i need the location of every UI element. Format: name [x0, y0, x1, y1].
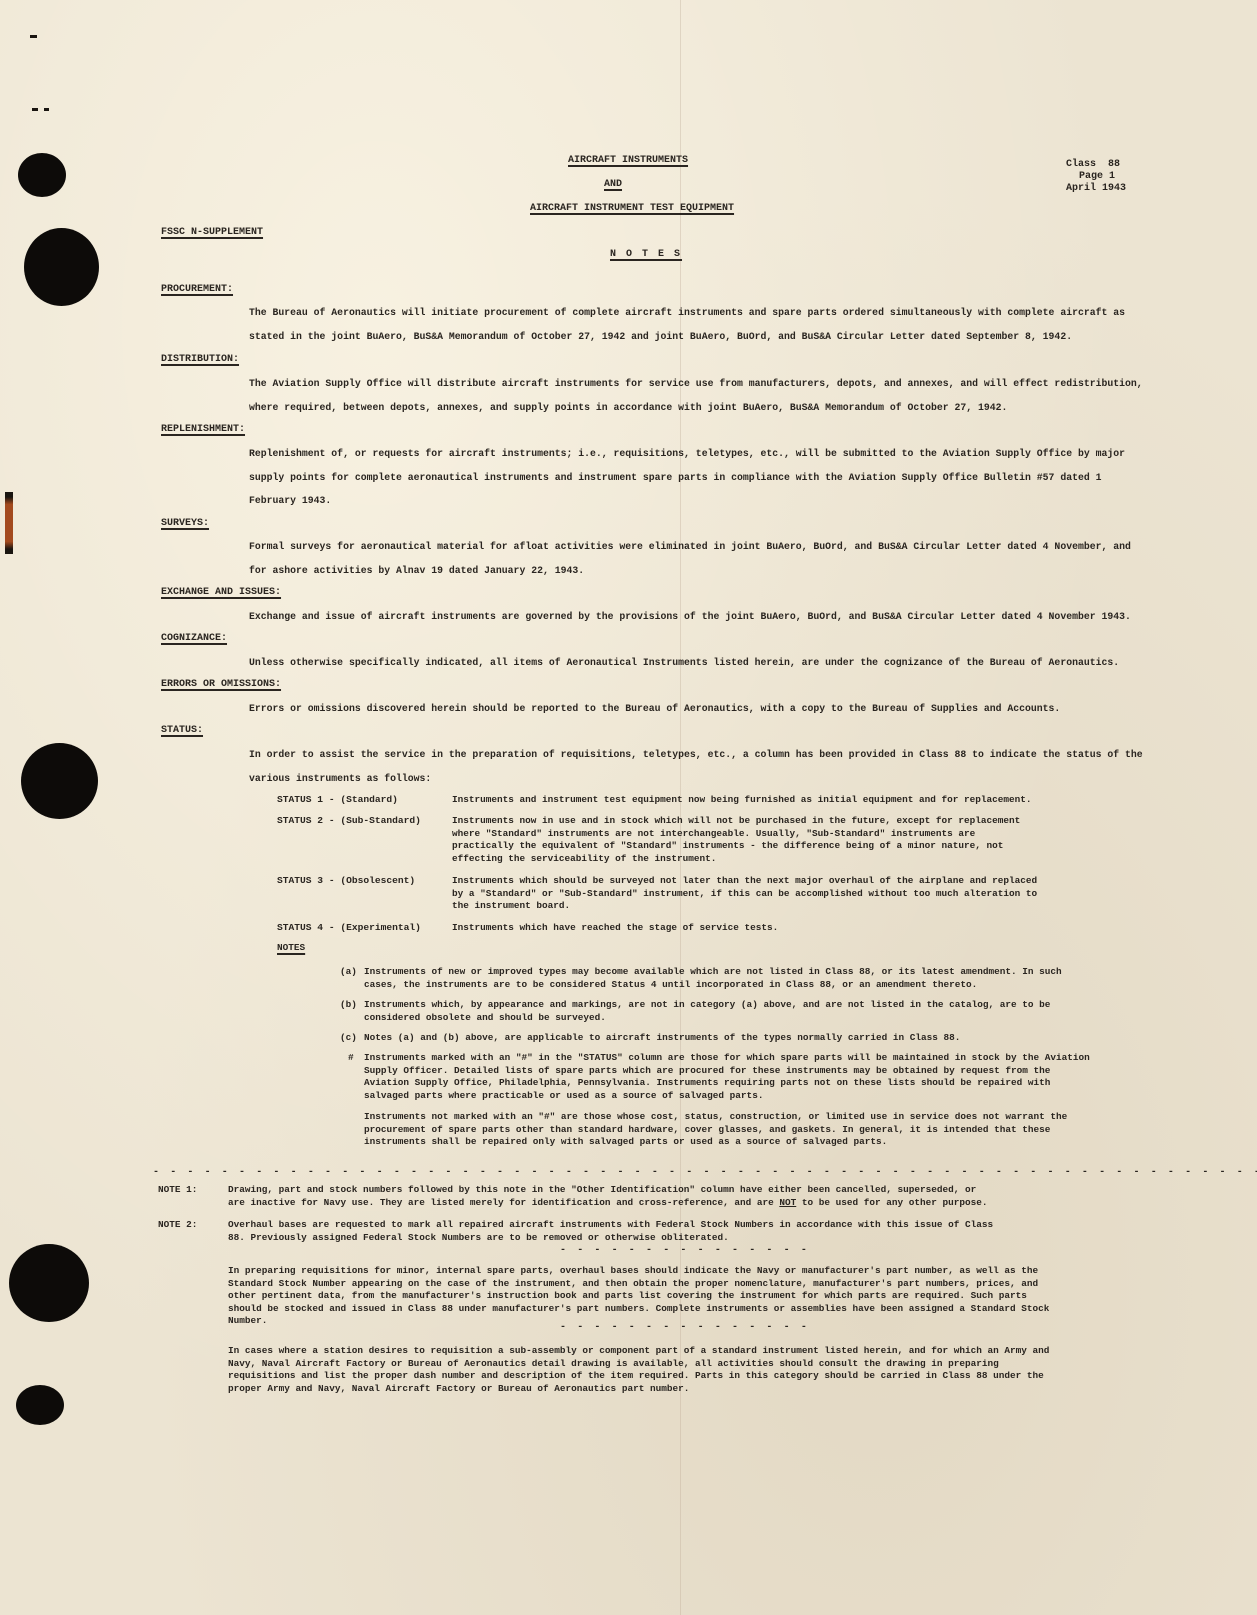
section-heading-errors: ERRORS OR OMISSIONS:	[161, 679, 281, 690]
staple-mark	[5, 492, 13, 554]
status-note-b: (b) Instruments which, by appearance and…	[340, 999, 1094, 1032]
footnote-1-key: NOTE 1:	[158, 1184, 228, 1209]
punch-hole-4	[9, 1244, 89, 1322]
note-key: (a)	[340, 966, 364, 999]
notes-heading: N O T E S	[610, 249, 682, 260]
note-key: (c)	[340, 1032, 364, 1052]
status-label: STATUS 4 - (Experimental)	[277, 922, 452, 942]
document-page: AIRCRAFT INSTRUMENTS AND AIRCRAFT INSTRU…	[0, 0, 1257, 1615]
footnote-1-text-after: to be used for any other purpose.	[796, 1197, 987, 1208]
footnote-2-key: NOTE 2:	[158, 1219, 228, 1244]
procurement-line-1: The Bureau of Aeronautics will initiate …	[249, 307, 1125, 318]
punch-hole-1	[18, 153, 66, 197]
distribution-line-1: The Aviation Supply Office will distribu…	[249, 378, 1143, 389]
status-notes-list: (a) Instruments of new or improved types…	[340, 966, 1094, 1149]
distribution-line-2: where required, between depots, annexes,…	[249, 402, 1007, 413]
footnote-2: NOTE 2: Overhaul bases are requested to …	[158, 1219, 998, 1244]
footnote-1-emphasis: NOT	[779, 1197, 796, 1208]
short-separator-2: - - - - - - - - - - - - - - -	[560, 1322, 809, 1333]
status-label: STATUS 3 - (Obsolescent)	[277, 875, 452, 922]
status-intro-line-1: In order to assist the service in the pr…	[249, 749, 1143, 760]
replenishment-line-2: supply points for complete aeronautical …	[249, 472, 1101, 483]
scan-speck	[32, 108, 38, 111]
status-note-unmarked: Instruments not marked with an "#" are t…	[340, 1111, 1094, 1149]
section-heading-status: STATUS:	[161, 725, 203, 736]
footnote-2-text: Overhaul bases are requested to mark all…	[228, 1219, 998, 1244]
requisitions-paragraph: In preparing requisitions for minor, int…	[228, 1265, 1058, 1328]
status-item-2: STATUS 2 - (Sub-Standard) Instruments no…	[277, 815, 1042, 875]
procurement-line-2: stated in the joint BuAero, BuS&A Memora…	[249, 331, 1072, 342]
punch-hole-3	[21, 743, 98, 819]
cognizance-line-1: Unless otherwise specifically indicated,…	[249, 657, 1119, 668]
status-note-c: (c) Notes (a) and (b) above, are applica…	[340, 1032, 1094, 1052]
status-desc: Instruments now in use and in stock whic…	[452, 815, 1042, 875]
punch-hole-5	[16, 1385, 64, 1425]
note-text: Instruments marked with an "#" in the "S…	[364, 1052, 1094, 1111]
section-heading-distribution: DISTRIBUTION:	[161, 354, 239, 365]
exchange-line-1: Exchange and issue of aircraft instrumen…	[249, 611, 1131, 622]
note-text: Instruments of new or improved types may…	[364, 966, 1094, 999]
status-item-1: STATUS 1 - (Standard) Instruments and in…	[277, 794, 1042, 815]
note-text: Notes (a) and (b) above, are applicable …	[364, 1032, 1094, 1052]
section-heading-cognizance: COGNIZANCE:	[161, 633, 227, 644]
subassembly-paragraph: In cases where a station desires to requ…	[228, 1345, 1058, 1395]
separator-dashes: - - - - - - - - - - - - - - - - - - - - …	[153, 1167, 1257, 1178]
supplement-label: FSSC N-SUPPLEMENT	[161, 227, 263, 238]
surveys-line-2: for ashore activities by Alnav 19 dated …	[249, 565, 584, 576]
status-desc: Instruments and instrument test equipmen…	[452, 794, 1042, 815]
scan-speck	[44, 108, 49, 111]
status-desc: Instruments which have reached the stage…	[452, 922, 1042, 942]
status-note-hash: # Instruments marked with an "#" in the …	[340, 1052, 1094, 1111]
hash-mark-icon: #	[340, 1052, 364, 1111]
status-desc: Instruments which should be surveyed not…	[452, 875, 1042, 922]
date-label: April 1943	[1066, 183, 1126, 194]
surveys-line-1: Formal surveys for aeronautical material…	[249, 541, 1131, 552]
scan-speck	[30, 35, 37, 38]
status-note-a: (a) Instruments of new or improved types…	[340, 966, 1094, 999]
footnote-1-text: Drawing, part and stock numbers followed…	[228, 1184, 998, 1209]
title-line-2: AND	[604, 179, 622, 190]
short-separator-1: - - - - - - - - - - - - - - -	[560, 1245, 809, 1256]
title-line-3: AIRCRAFT INSTRUMENT TEST EQUIPMENT	[530, 203, 734, 214]
status-label: STATUS 1 - (Standard)	[277, 794, 452, 815]
replenishment-line-1: Replenishment of, or requests for aircra…	[249, 448, 1125, 459]
replenishment-line-3: February 1943.	[249, 495, 331, 506]
status-item-4: STATUS 4 - (Experimental) Instruments wh…	[277, 922, 1042, 942]
status-notes-heading: NOTES	[277, 942, 305, 953]
note-text: Instruments which, by appearance and mar…	[364, 999, 1094, 1032]
section-heading-exchange: EXCHANGE AND ISSUES:	[161, 587, 281, 598]
section-heading-procurement: PROCUREMENT:	[161, 284, 233, 295]
section-heading-surveys: SURVEYS:	[161, 518, 209, 529]
note-key	[340, 1111, 364, 1149]
errors-line-1: Errors or omissions discovered herein sh…	[249, 703, 1060, 714]
page-label: Page 1	[1079, 171, 1115, 182]
note-text: Instruments not marked with an "#" are t…	[364, 1111, 1094, 1149]
note-key: (b)	[340, 999, 364, 1032]
status-item-3: STATUS 3 - (Obsolescent) Instruments whi…	[277, 875, 1042, 922]
status-label: STATUS 2 - (Sub-Standard)	[277, 815, 452, 875]
status-list: STATUS 1 - (Standard) Instruments and in…	[277, 794, 1042, 942]
class-label: Class 88	[1066, 159, 1120, 170]
section-heading-replenishment: REPLENISHMENT:	[161, 424, 245, 435]
status-intro-line-2: various instruments as follows:	[249, 773, 431, 784]
title-line-1: AIRCRAFT INSTRUMENTS	[568, 155, 688, 166]
punch-hole-2	[24, 228, 99, 306]
footnote-1: NOTE 1: Drawing, part and stock numbers …	[158, 1184, 998, 1209]
